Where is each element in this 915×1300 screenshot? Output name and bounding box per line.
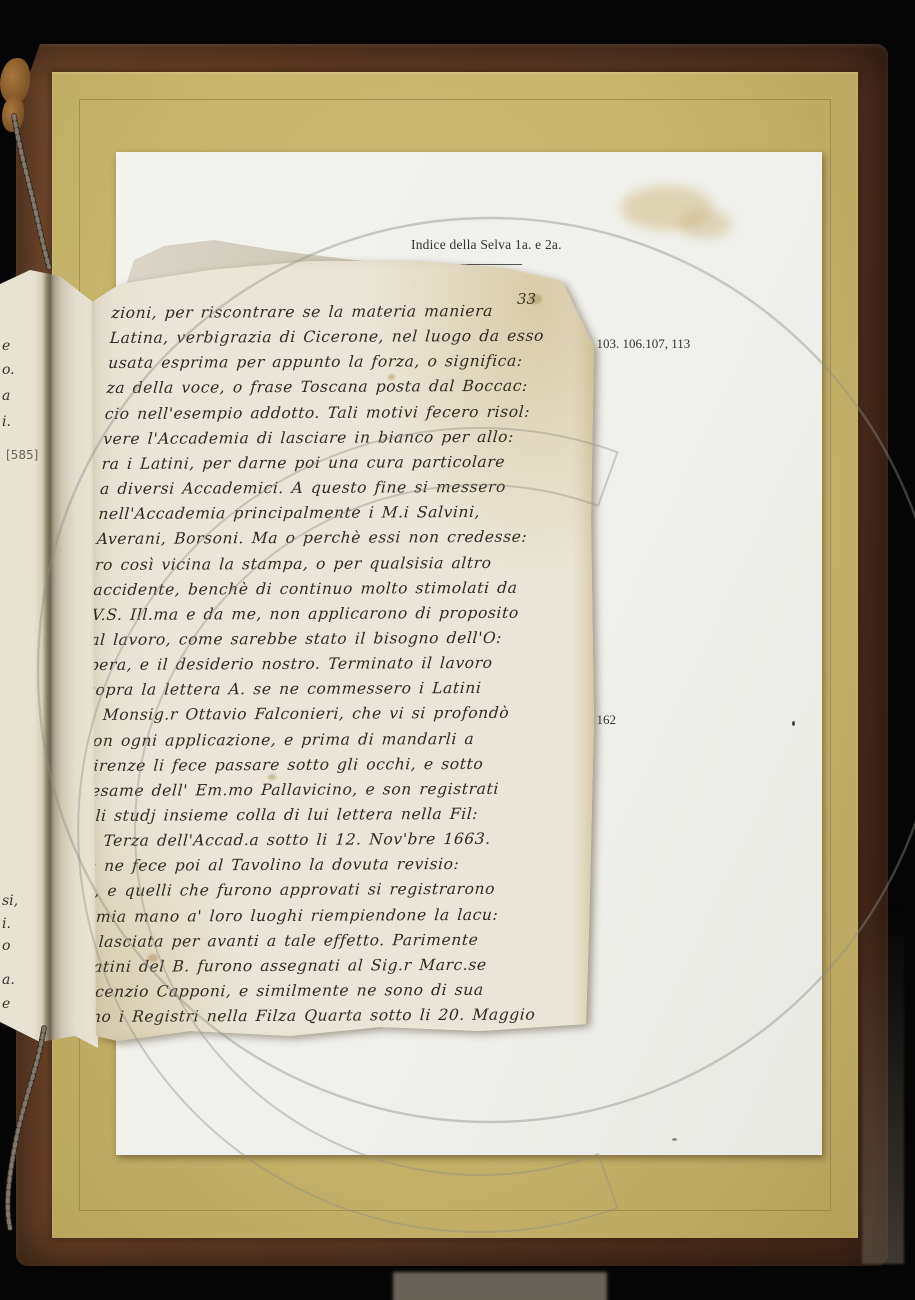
- manuscript-line: V.S. Ill.ma e da me, non applicarono di …: [91, 604, 519, 624]
- marginal-note: [585]: [6, 448, 46, 462]
- manuscript-line: tali studj insieme colla di lui lettera …: [78, 805, 478, 825]
- manuscript-line: al lavoro, come sarebbe stato il bisogno…: [90, 629, 503, 649]
- paper-stain: [679, 210, 731, 238]
- left-page-fragment: a.: [2, 972, 36, 988]
- manuscript-line: za Terza dell'Accad.a sotto li 12. Nov'b…: [77, 830, 492, 850]
- left-page-fragment: o.: [2, 362, 36, 378]
- left-page-fragment: e: [2, 338, 36, 354]
- left-page-stack: eo.ai.si,i.oa.e [585]: [0, 266, 98, 1048]
- manuscript-line: Vincenzio Capponi, e similmente ne sono …: [67, 981, 484, 1001]
- manuscript-line: na lasciata per avanti a tale effetto. P…: [70, 931, 479, 951]
- manuscript-line: sopra la lettera A. se ne commessero i L…: [86, 679, 482, 699]
- left-page-fragment: i.: [2, 916, 36, 932]
- manuscript-line: nell'Accademia principalmente i M.i Salv…: [98, 503, 481, 523]
- left-page-fragment: i.: [2, 414, 36, 430]
- left-page-fragment: a: [2, 388, 36, 404]
- manuscript-line: ro così vicina la stampa, o per qualsisi…: [95, 553, 493, 573]
- worn-leather-patch-bottom: [393, 1272, 607, 1300]
- leather-shading-right: [862, 904, 904, 1264]
- folio-number: 33: [517, 290, 536, 308]
- page-title: Indice della Selva 1a. e 2a.: [411, 237, 562, 253]
- manuscript-line: vere l'Accademia di lasciare in bianco p…: [103, 428, 515, 448]
- foxing-spot: [268, 774, 276, 780]
- manuscript-line: di mia mano a' loro luoghi riempiendone …: [72, 905, 499, 925]
- manuscript-line: pera, e il desiderio nostro. Terminato i…: [88, 654, 493, 674]
- edge-stain: [572, 284, 598, 1036]
- manuscript-line: a diversi Accademici. A questo fine si m…: [99, 478, 506, 498]
- manuscript-line: Latina, verbigrazia di Cicerone, nel luo…: [109, 327, 544, 347]
- photograph-open-book: Indice della Selva 1a. e 2a. 01, 103. 10…: [0, 0, 915, 1300]
- manuscript-line: con ogni applicazione, e prima di mandar…: [83, 729, 475, 749]
- manuscript-line: za della voce, o frase Toscana posta dal…: [106, 377, 529, 397]
- left-page-fragment: si,: [2, 893, 36, 909]
- manuscript-leaf: 33 zioni, per riscontrare se la materia …: [88, 254, 600, 1046]
- manuscript-line: Firenze li fece passare sotto gli occhi,…: [82, 755, 484, 775]
- paper-speck: [672, 1138, 677, 1141]
- left-page-fragment: o: [2, 938, 36, 954]
- manuscript-line: ra i Latini, per darne poi una cura part…: [101, 453, 506, 473]
- manuscript-line: Averani, Borsoni. Ma o perchè essi non c…: [96, 528, 528, 548]
- manuscript-line: i Latini del B. furono assegnati al Sig.…: [69, 956, 488, 976]
- left-page-fragment: e: [2, 996, 36, 1012]
- manuscript-line: zioni, per riscontrare se la materia man…: [111, 302, 494, 322]
- manuscript-line: mano i Registri nella Filza Quarta sotto…: [65, 1006, 536, 1026]
- manuscript-line: Se ne fece poi al Tavolino la dovuta rev…: [75, 855, 460, 875]
- ink-speck: [792, 721, 795, 726]
- manuscript-line: a Monsig.r Ottavio Falconieri, che vi si…: [85, 704, 510, 724]
- manuscript-line: accidente, benchè di continuo molto stim…: [93, 578, 518, 598]
- manuscript-line: usata esprima per appunto la forza, o si…: [108, 352, 524, 372]
- manuscript-page: 33 zioni, per riscontrare se la materia …: [88, 254, 600, 1046]
- manuscript-line: ne, e quelli che furono approvati si reg…: [73, 880, 495, 900]
- manuscript-line: l'esame dell' Em.mo Pallavicino, e son r…: [80, 780, 500, 800]
- manuscript-line: cio nell'esempio addotto. Tali motivi fe…: [104, 402, 530, 422]
